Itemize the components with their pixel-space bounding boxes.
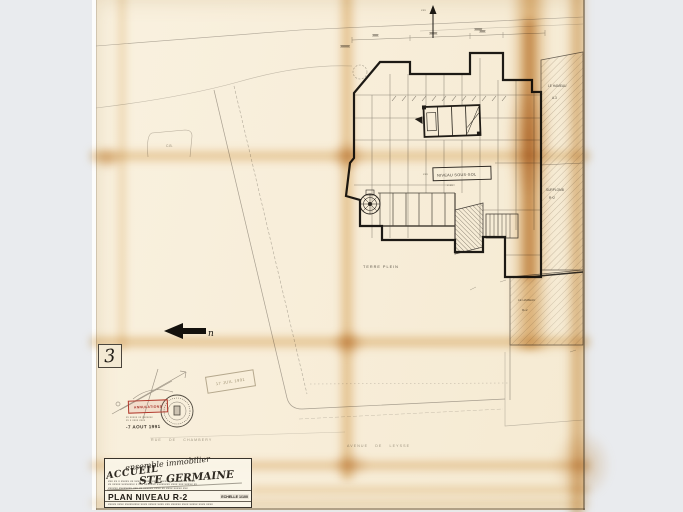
hameau-sub-label: A.3 bbox=[552, 96, 557, 100]
building-outline bbox=[346, 53, 541, 277]
receipt-block: xx xxxxx xx xxxxxxx xx x xxxx xxxx -7 AO… bbox=[126, 416, 196, 429]
paper-right-edge bbox=[583, 0, 585, 510]
cb-label: C.B. bbox=[166, 144, 173, 148]
hameau-low-sub: R+2 bbox=[522, 308, 528, 312]
surplomb-sub-label: R+2 bbox=[549, 196, 555, 200]
title-footer-row: xxxxx xxxx xxxxxxxxx xxxx xxxxx xxxx xxx… bbox=[105, 501, 251, 507]
spiral-stair bbox=[360, 190, 380, 214]
site-plan-drawing: C.B. LE HAMEAU A.3 SURPLOMB R+2 LE HAMEA… bbox=[0, 0, 683, 512]
annotation-text: xxxx bbox=[475, 27, 482, 31]
received-date: -7 AOUT 1991 bbox=[126, 423, 196, 429]
level-sub: x.xx bbox=[447, 183, 453, 187]
parcel-outline: C.B. bbox=[148, 130, 193, 157]
existing-building-hatch: LE HAMEAU A.3 SURPLOMB R+2 bbox=[541, 52, 583, 270]
title-divider bbox=[105, 490, 251, 491]
footer-text: xxxxx xxxx xxxxxxxxx xxxx xxxxx xxxx xxx… bbox=[108, 503, 248, 507]
hameau-label: LE HAMEAU bbox=[548, 84, 567, 88]
red-stamp-text: ANNULATIONS bbox=[134, 404, 162, 409]
stair-block bbox=[486, 214, 518, 238]
marker-text: xxx bbox=[421, 8, 426, 12]
scanned-plan-page: C.B. LE HAMEAU A.3 SURPLOMB R+2 LE HAMEA… bbox=[0, 0, 683, 512]
surplomb-label: SURPLOMB bbox=[546, 188, 564, 192]
sheet-number-box: 3 bbox=[98, 344, 122, 368]
street-label-left: RUE DE CHAMBERY bbox=[151, 438, 212, 442]
boundary-lines bbox=[96, 17, 583, 108]
north-letter: n bbox=[208, 329, 214, 339]
parking-stalls bbox=[378, 193, 455, 252]
level-label-box: NIVEAU SOUS-SOL x.xx xxx bbox=[423, 166, 491, 187]
paper-bottom-edge bbox=[96, 508, 585, 510]
dim-text: xxx bbox=[373, 33, 378, 37]
hameau-low-label: LE HAMEAU bbox=[518, 298, 535, 302]
annotation-text: xxxxx bbox=[341, 44, 350, 48]
stair-core bbox=[415, 104, 480, 137]
street-label-right: AVENUE DE LEYSSE bbox=[347, 444, 410, 448]
receipt-line: xx x xxxx xxxx bbox=[126, 419, 196, 422]
existing-building-low: LE HAMEAU R+2 bbox=[510, 270, 583, 400]
ramp-hatch bbox=[455, 203, 483, 254]
sheet-number: 3 bbox=[104, 345, 117, 367]
level-prefix: xxx bbox=[423, 172, 428, 176]
red-stamp: ANNULATIONS bbox=[128, 399, 168, 413]
plan-scale: ECHELLE 1/100 bbox=[220, 494, 249, 499]
figure-marks bbox=[392, 96, 506, 101]
title-block: ensemble immobilier ACCUEIL STE GERMAINE… bbox=[104, 458, 252, 508]
terre-plein-label: TERRE PLEIN bbox=[363, 265, 399, 269]
north-arrow: n bbox=[164, 323, 214, 339]
date-stamp-faint-text: 17 JUIL 1991 bbox=[215, 377, 245, 387]
dim-text: xxxx bbox=[430, 31, 437, 35]
